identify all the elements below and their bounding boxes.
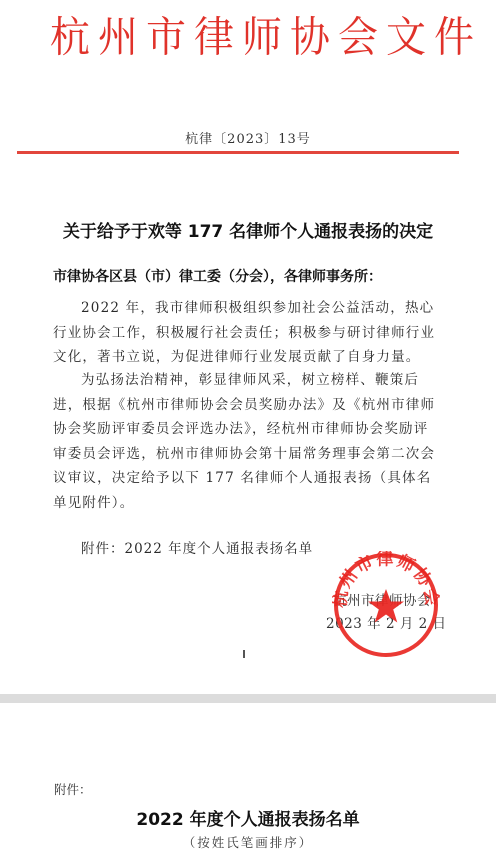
body-paragraph-1: 2022 年，我市律师积极组织参加社会公益活动，热心行业协会工作，积极履行社会责…	[53, 296, 438, 370]
attachment-label: 附件：	[54, 780, 92, 798]
signature-organization: 杭州市律师协会	[333, 589, 431, 609]
addressee-line: 市律协各区县（市）律工委（分会），各律师事务所：	[53, 266, 382, 286]
red-divider-rule	[17, 151, 459, 154]
page-number-marker	[243, 650, 245, 658]
signature-date: 2023 年 2 月 2 日	[326, 612, 447, 632]
page-separator	[0, 694, 496, 703]
attachment-reference: 附件：2022 年度个人通报表扬名单	[81, 537, 313, 557]
document-number: 杭律〔2023〕13号	[0, 128, 496, 147]
masthead-title: 杭州市律师协会文件	[50, 11, 426, 66]
body-paragraph-2: 为弘扬法治精神，彰显律师风采，树立榜样、鞭策后进，根据《杭州市律师协会会员奖励办…	[53, 368, 438, 515]
attachment-title: 2022 年度个人通报表扬名单	[0, 805, 496, 830]
attachment-subtitle: （按姓氏笔画排序）	[0, 833, 496, 851]
document-page-1: 杭州市律师协会文件 杭律〔2023〕13号 关于给予于欢等 177 名律师个人通…	[0, 0, 496, 694]
document-title: 关于给予于欢等 177 名律师个人通报表扬的决定	[0, 217, 496, 242]
